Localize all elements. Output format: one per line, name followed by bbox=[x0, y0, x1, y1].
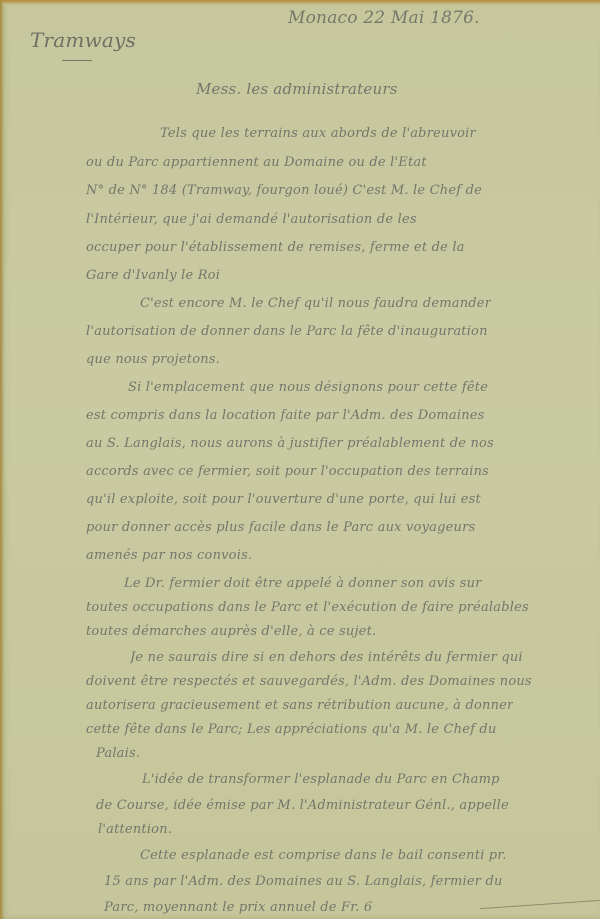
letter-line: est compris dans la location faite par l… bbox=[86, 408, 485, 423]
letter-line: Si l'emplacement que nous désignons pour… bbox=[128, 380, 488, 395]
letter-line: doivent être respectés et sauvegardés, l… bbox=[86, 674, 532, 689]
letter-line: 15 ans par l'Adm. des Domaines au S. Lan… bbox=[104, 874, 503, 889]
paper-crease bbox=[480, 900, 600, 909]
letter-line: occuper pour l'établissement de remises,… bbox=[86, 240, 465, 255]
letter-line: toutes occupations dans le Parc et l'exé… bbox=[86, 600, 529, 615]
subject-heading: Tramways bbox=[30, 28, 136, 52]
heading-underline bbox=[62, 60, 92, 61]
letter-line: Le Dr. fermier doit être appelé à donner… bbox=[124, 576, 482, 591]
letter-line: accords avec ce fermier, soit pour l'occ… bbox=[86, 464, 489, 479]
paper-left-edge bbox=[0, 0, 4, 919]
letter-line: Gare d'Ivanly le Roi bbox=[86, 268, 220, 283]
letter-line: toutes démarches auprès d'elle, à ce suj… bbox=[86, 624, 376, 639]
letter-line: que nous projetons. bbox=[86, 352, 220, 367]
letter-line: l'autorisation de donner dans le Parc la… bbox=[86, 324, 488, 339]
letter-line: N° de N° 184 (Tramway, fourgon loué) C'e… bbox=[86, 183, 482, 198]
letter-line: cette fête dans le Parc; Les appréciatio… bbox=[86, 722, 497, 737]
letter-line: Cette esplanade est comprise dans le bai… bbox=[140, 848, 507, 863]
paper-top-edge bbox=[0, 0, 600, 5]
salutation: Mess. les administrateurs bbox=[196, 80, 398, 98]
date-line: Monaco 22 Mai 1876. bbox=[288, 8, 480, 28]
letter-line: de Course, idée émise par M. l'Administr… bbox=[96, 798, 509, 813]
letter-line: ou du Parc appartiennent au Domaine ou d… bbox=[86, 155, 427, 170]
letter-line: L'idée de transformer l'esplanade du Par… bbox=[142, 772, 500, 787]
letter-line: Je ne saurais dire si en dehors des inté… bbox=[130, 650, 523, 665]
letter-line: autorisera gracieusement et sans rétribu… bbox=[86, 698, 513, 713]
letter-line: Parc, moyennant le prix annuel de Fr. 6 bbox=[104, 900, 372, 915]
letter-line: l'Intérieur, que j'ai demandé l'autorisa… bbox=[86, 212, 417, 227]
letter-line: Tels que les terrains aux abords de l'ab… bbox=[160, 126, 476, 141]
letter-line: Palais. bbox=[96, 746, 140, 761]
letter-line: amenés par nos convois. bbox=[86, 548, 252, 563]
document-page: Tramways Monaco 22 Mai 1876. Mess. les a… bbox=[0, 0, 600, 919]
letter-line: C'est encore M. le Chef qu'il nous faudr… bbox=[140, 296, 491, 311]
letter-line: l'attention. bbox=[98, 822, 172, 837]
letter-line: pour donner accès plus facile dans le Pa… bbox=[86, 520, 475, 535]
letter-line: au S. Langlais, nous aurons à justifier … bbox=[86, 436, 494, 451]
letter-line: qu'il exploite, soit pour l'ouverture d'… bbox=[86, 492, 481, 507]
